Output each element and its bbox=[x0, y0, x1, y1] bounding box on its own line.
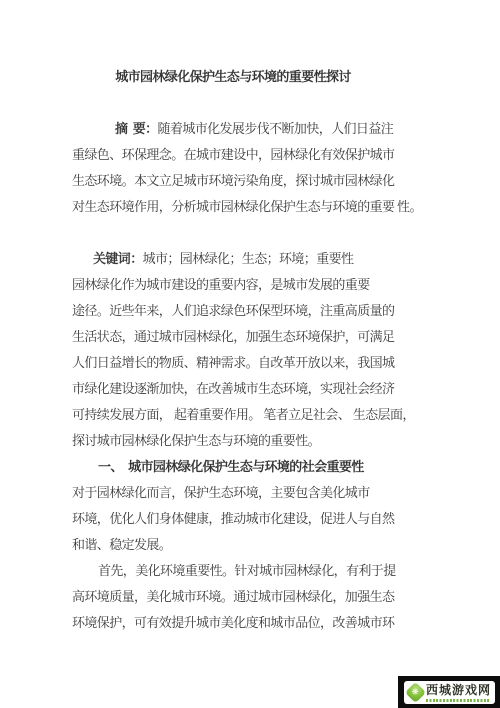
keywords-value: 城市；园林绿化；生态；环境；重要性 bbox=[143, 251, 354, 266]
body-line: 首先，美化环境重要性。针对城市园林绿化，有利于提 bbox=[72, 558, 394, 584]
watermark-caption-microtext bbox=[426, 699, 490, 702]
watermark-text-wrap: 西城游戏网 bbox=[426, 684, 491, 702]
section-heading-1: 一、 城市园林绿化保护生态与环境的社会重要性 bbox=[72, 454, 394, 480]
intro-line: 园林绿化作为城市建设的重要内容，是城市发展的重要 bbox=[72, 272, 394, 298]
body-line: 和谐、稳定发展。 bbox=[72, 532, 394, 558]
green-gem-icon: ❋ bbox=[405, 682, 426, 703]
abstract-line: 重绿色、环保理念。在城市建设中，园林绿化有效保护城市 bbox=[72, 142, 394, 168]
keywords-line: 关键词：城市；园林绿化；生态；环境；重要性 bbox=[72, 246, 394, 272]
keywords-label: 关键词： bbox=[93, 251, 143, 266]
body-line: 对于园林绿化而言，保护生态环境，主要包含美化城市 bbox=[72, 480, 394, 506]
intro-line: 可持续发展方面， 起着重要作用。 笔者立足社会、 生态层面， bbox=[72, 402, 394, 428]
body-line: 环境保护，可有效提升城市美化度和城市品位，改善城市环 bbox=[72, 610, 394, 636]
intro-line: 探讨城市园林绿化保护生态与环境的重要性。 bbox=[72, 428, 394, 454]
watermark-box: ❋ 西城游戏网 bbox=[404, 681, 495, 704]
body-line: 高环境质量，美化城市环境。通过城市园林绿化，加强生态 bbox=[72, 584, 394, 610]
intro-line: 途径。近些年来，人们追求绿色环保型环境，注重高质量的 bbox=[72, 298, 394, 324]
text-column: 城市园林绿化保护生态与环境的重要性探讨 摘 要：随着城市化发展步伐不断加快，人们… bbox=[72, 64, 394, 636]
abstract-text: 随着城市化发展步伐不断加快，人们日益注 bbox=[158, 121, 394, 136]
abstract-first-line: 摘 要：随着城市化发展步伐不断加快，人们日益注 bbox=[72, 116, 394, 142]
page-title: 城市园林绿化保护生态与环境的重要性探讨 bbox=[72, 64, 394, 90]
site-watermark: ❋ 西城游戏网 bbox=[398, 676, 500, 708]
abstract-line: 生态环境。本文立足城市环境污染角度，探讨城市园林绿化 bbox=[72, 168, 394, 194]
sparkle-glyph: ❋ bbox=[412, 688, 419, 696]
intro-line: 生活状态，通过城市园林绿化，加强生态环境保护，可满足 bbox=[72, 324, 394, 350]
watermark-site-name: 西城游戏网 bbox=[426, 684, 491, 697]
abstract-line: 对生态环境作用，分析城市园林绿化保护生态与环境的重要 性。 bbox=[72, 194, 394, 220]
abstract-label: 摘 要： bbox=[115, 121, 158, 136]
body-line: 环境，优化人们身体健康，推动城市化建设，促进人与自然 bbox=[72, 506, 394, 532]
intro-line: 市绿化建设逐渐加快，在改善城市生态环境，实现社会经济 bbox=[72, 376, 394, 402]
document-page: 城市园林绿化保护生态与环境的重要性探讨 摘 要：随着城市化发展步伐不断加快，人们… bbox=[0, 0, 500, 708]
intro-line: 人们日益增长的物质、精神需求。自改革开放以来，我国城 bbox=[72, 350, 394, 376]
